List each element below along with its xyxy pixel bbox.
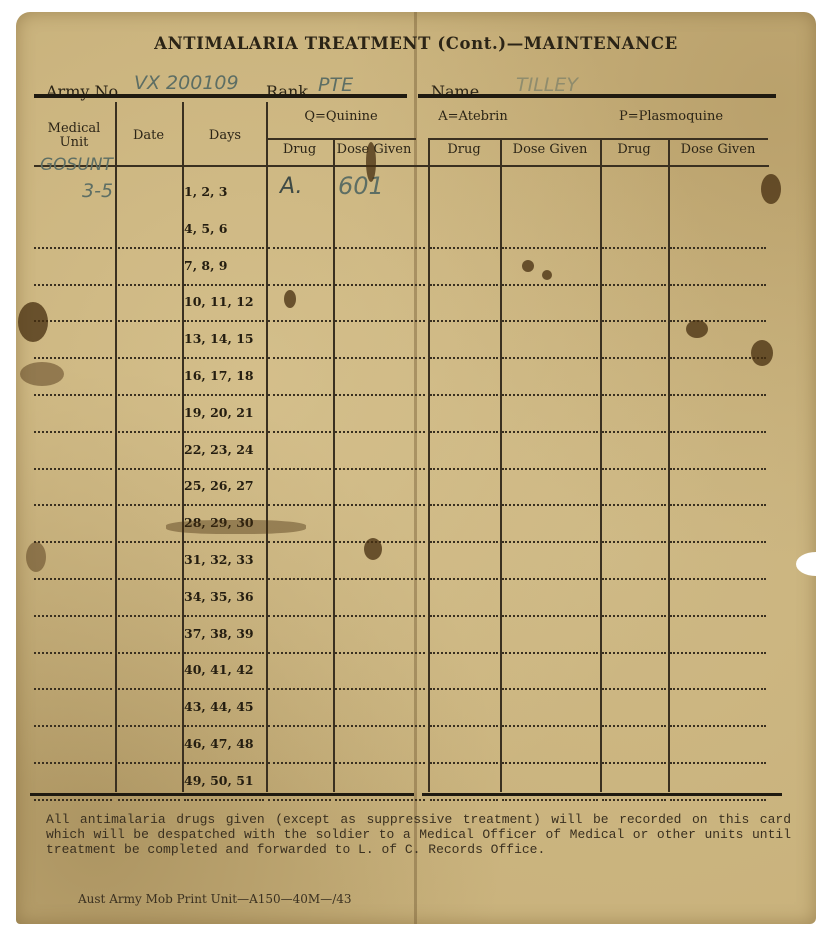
row-divider bbox=[34, 578, 112, 580]
stain bbox=[761, 174, 781, 204]
col-medical-unit: Medical Unit bbox=[34, 122, 114, 150]
row-divider bbox=[602, 762, 666, 764]
row-divider bbox=[118, 541, 180, 543]
row-divider bbox=[670, 799, 766, 801]
row-divider bbox=[34, 615, 112, 617]
day-row-label: 7, 8, 9 bbox=[184, 258, 264, 273]
row-divider bbox=[502, 541, 598, 543]
row-divider bbox=[34, 652, 112, 654]
row-divider bbox=[430, 431, 498, 433]
row-divider bbox=[502, 578, 598, 580]
day-row-label: 37, 38, 39 bbox=[184, 626, 264, 641]
row-divider bbox=[34, 504, 112, 506]
rank-value: PTE bbox=[318, 74, 353, 96]
row-divider bbox=[502, 615, 598, 617]
day-row-label: 25, 26, 27 bbox=[184, 478, 264, 493]
row-divider bbox=[34, 688, 112, 690]
row-divider bbox=[268, 725, 331, 727]
col-dose-2: Dose Given bbox=[500, 143, 600, 157]
row-divider bbox=[502, 725, 598, 727]
row-divider bbox=[34, 431, 112, 433]
row-divider bbox=[430, 688, 498, 690]
row-divider bbox=[602, 357, 666, 359]
atebrin-plasmo-subrule bbox=[428, 138, 768, 140]
row-divider bbox=[430, 652, 498, 654]
row-divider bbox=[118, 652, 180, 654]
rank-label: Rank bbox=[266, 82, 308, 101]
col-drug-3: Drug bbox=[600, 143, 668, 157]
row-divider bbox=[335, 468, 425, 470]
row-divider bbox=[430, 357, 498, 359]
day-row-label: 34, 35, 36 bbox=[184, 589, 264, 604]
row-divider bbox=[335, 652, 425, 654]
stain bbox=[364, 538, 382, 560]
row-divider bbox=[34, 394, 112, 396]
row-divider bbox=[602, 394, 666, 396]
row-divider bbox=[430, 320, 498, 322]
row-divider bbox=[34, 284, 112, 286]
row-divider bbox=[34, 725, 112, 727]
header-rule-left bbox=[34, 94, 407, 98]
row-divider bbox=[118, 247, 180, 249]
row-divider bbox=[184, 394, 264, 396]
row-divider bbox=[502, 431, 598, 433]
atebrin-legend: A=Atebrin bbox=[428, 110, 518, 124]
row-divider bbox=[118, 725, 180, 727]
col-divider bbox=[600, 138, 602, 792]
col-dose-3: Dose Given bbox=[668, 143, 768, 157]
row-divider bbox=[670, 394, 766, 396]
antimalaria-treatment-card: ANTIMALARIA TREATMENT (Cont.)—MAINTENANC… bbox=[16, 12, 816, 924]
row-divider bbox=[335, 615, 425, 617]
day-row-label: 22, 23, 24 bbox=[184, 442, 264, 457]
row-divider bbox=[184, 725, 264, 727]
row-divider bbox=[268, 578, 331, 580]
row-divider bbox=[268, 541, 331, 543]
row-divider bbox=[184, 541, 264, 543]
col-divider bbox=[333, 138, 335, 792]
row-divider bbox=[118, 320, 180, 322]
row-divider bbox=[430, 762, 498, 764]
row-divider bbox=[430, 799, 498, 801]
row-divider bbox=[118, 688, 180, 690]
row-divider bbox=[502, 688, 598, 690]
day-row-label: 1, 2, 3 bbox=[184, 184, 264, 199]
row-divider bbox=[335, 799, 425, 801]
row-divider bbox=[268, 284, 331, 286]
row-divider bbox=[118, 468, 180, 470]
row-divider bbox=[430, 615, 498, 617]
row-divider bbox=[118, 615, 180, 617]
row-divider bbox=[268, 799, 331, 801]
row-divider bbox=[118, 431, 180, 433]
row-divider bbox=[335, 320, 425, 322]
entry-date: 3-5 bbox=[82, 180, 113, 202]
row-divider bbox=[118, 394, 180, 396]
row-divider bbox=[335, 394, 425, 396]
col-divider bbox=[115, 102, 117, 792]
row-divider bbox=[184, 652, 264, 654]
row-divider bbox=[670, 578, 766, 580]
row-divider bbox=[268, 762, 331, 764]
row-divider bbox=[602, 468, 666, 470]
col-days: Days bbox=[184, 129, 266, 143]
row-divider bbox=[602, 504, 666, 506]
row-divider bbox=[34, 762, 112, 764]
day-row-label: 10, 11, 12 bbox=[184, 294, 264, 309]
row-divider bbox=[602, 541, 666, 543]
day-row-label: 49, 50, 51 bbox=[184, 773, 264, 788]
row-divider bbox=[430, 468, 498, 470]
row-divider bbox=[118, 284, 180, 286]
col-drug-1: Drug bbox=[266, 143, 333, 157]
row-divider bbox=[335, 431, 425, 433]
day-row-label: 13, 14, 15 bbox=[184, 331, 264, 346]
row-divider bbox=[268, 247, 331, 249]
name-label: Name bbox=[431, 82, 479, 101]
row-divider bbox=[502, 394, 598, 396]
day-row-label: 16, 17, 18 bbox=[184, 368, 264, 383]
row-divider bbox=[34, 247, 112, 249]
row-divider bbox=[430, 725, 498, 727]
day-row-label: 40, 41, 42 bbox=[184, 662, 264, 677]
row-divider bbox=[502, 504, 598, 506]
row-divider bbox=[430, 284, 498, 286]
row-divider bbox=[268, 431, 331, 433]
row-divider bbox=[502, 652, 598, 654]
quinine-legend: Q=Quinine bbox=[266, 110, 416, 124]
entry-dose: 601 bbox=[338, 172, 384, 200]
stain bbox=[522, 260, 534, 272]
row-divider bbox=[602, 615, 666, 617]
row-divider bbox=[502, 468, 598, 470]
row-divider bbox=[430, 504, 498, 506]
row-divider bbox=[268, 468, 331, 470]
card-title: ANTIMALARIA TREATMENT (Cont.)—MAINTENANC… bbox=[16, 34, 816, 53]
row-divider bbox=[335, 247, 425, 249]
col-divider bbox=[668, 138, 670, 792]
row-divider bbox=[335, 762, 425, 764]
stain bbox=[166, 520, 306, 534]
row-divider bbox=[268, 357, 331, 359]
row-divider bbox=[335, 504, 425, 506]
torn-edge bbox=[796, 552, 833, 576]
footer-rule-left bbox=[30, 793, 414, 796]
row-divider bbox=[670, 688, 766, 690]
row-divider bbox=[335, 357, 425, 359]
row-divider bbox=[670, 762, 766, 764]
printer-imprint: Aust Army Mob Print Unit—A150—40M—/43 bbox=[78, 892, 352, 906]
row-divider bbox=[670, 284, 766, 286]
row-divider bbox=[34, 541, 112, 543]
row-divider bbox=[268, 688, 331, 690]
row-divider bbox=[430, 578, 498, 580]
row-divider bbox=[502, 762, 598, 764]
row-divider bbox=[670, 468, 766, 470]
plasmoquine-legend: P=Plasmoquine bbox=[596, 110, 746, 124]
footer-rule-right bbox=[422, 793, 782, 796]
row-divider bbox=[502, 247, 598, 249]
army-no-value: VX 200109 bbox=[134, 72, 239, 94]
row-divider bbox=[602, 688, 666, 690]
row-divider bbox=[602, 799, 666, 801]
row-divider bbox=[670, 541, 766, 543]
row-divider bbox=[118, 799, 180, 801]
row-divider bbox=[602, 652, 666, 654]
row-divider bbox=[502, 284, 598, 286]
row-divider bbox=[268, 615, 331, 617]
quinine-subrule bbox=[266, 138, 416, 140]
col-divider bbox=[500, 138, 502, 792]
row-divider bbox=[670, 320, 766, 322]
row-divider bbox=[184, 247, 264, 249]
row-divider bbox=[502, 320, 598, 322]
header-rule-right bbox=[418, 94, 776, 98]
row-divider bbox=[670, 615, 766, 617]
day-row-label: 43, 44, 45 bbox=[184, 699, 264, 714]
row-divider bbox=[184, 762, 264, 764]
row-divider bbox=[118, 504, 180, 506]
row-divider bbox=[670, 652, 766, 654]
row-divider bbox=[430, 247, 498, 249]
day-row-label: 46, 47, 48 bbox=[184, 736, 264, 751]
day-row-label: 4, 5, 6 bbox=[184, 221, 264, 236]
col-date: Date bbox=[116, 129, 181, 143]
row-divider bbox=[118, 762, 180, 764]
stain bbox=[542, 270, 552, 280]
row-divider bbox=[184, 799, 264, 801]
stain bbox=[20, 362, 64, 386]
row-divider bbox=[184, 284, 264, 286]
row-divider bbox=[602, 431, 666, 433]
row-divider bbox=[335, 284, 425, 286]
row-divider bbox=[335, 578, 425, 580]
day-row-label: 19, 20, 21 bbox=[184, 405, 264, 420]
row-divider bbox=[335, 688, 425, 690]
row-divider bbox=[268, 652, 331, 654]
row-divider bbox=[184, 468, 264, 470]
col-drug-2: Drug bbox=[428, 143, 500, 157]
row-divider bbox=[34, 357, 112, 359]
row-divider bbox=[34, 799, 112, 801]
row-divider bbox=[670, 247, 766, 249]
row-divider bbox=[34, 468, 112, 470]
stain bbox=[751, 340, 773, 366]
row-divider bbox=[268, 394, 331, 396]
row-divider bbox=[430, 541, 498, 543]
row-divider bbox=[670, 504, 766, 506]
stain bbox=[284, 290, 296, 308]
stain bbox=[686, 320, 708, 338]
stain bbox=[18, 302, 48, 342]
stain bbox=[26, 542, 46, 572]
row-divider bbox=[670, 431, 766, 433]
row-divider bbox=[670, 725, 766, 727]
row-divider bbox=[184, 578, 264, 580]
entry-drug: A. bbox=[280, 174, 302, 199]
row-divider bbox=[184, 320, 264, 322]
army-no-label: Army No. bbox=[46, 82, 123, 101]
row-divider bbox=[118, 578, 180, 580]
row-divider bbox=[602, 284, 666, 286]
row-divider bbox=[335, 725, 425, 727]
row-divider bbox=[184, 688, 264, 690]
row-divider bbox=[502, 799, 598, 801]
row-divider bbox=[602, 578, 666, 580]
row-divider bbox=[118, 357, 180, 359]
row-divider bbox=[268, 320, 331, 322]
row-divider bbox=[602, 320, 666, 322]
stain bbox=[366, 142, 376, 182]
col-divider bbox=[428, 138, 430, 792]
instructions-note: All antimalaria drugs given (except as s… bbox=[46, 812, 791, 857]
row-divider bbox=[502, 357, 598, 359]
row-divider bbox=[184, 504, 264, 506]
name-value: TILLEY bbox=[516, 74, 578, 96]
row-divider bbox=[184, 615, 264, 617]
row-divider bbox=[430, 394, 498, 396]
row-divider bbox=[602, 247, 666, 249]
row-divider bbox=[268, 504, 331, 506]
row-divider bbox=[184, 431, 264, 433]
header-bottom-rule bbox=[34, 165, 769, 167]
entry-medical-unit: GOSUNT bbox=[40, 155, 113, 175]
day-row-label: 31, 32, 33 bbox=[184, 552, 264, 567]
row-divider bbox=[184, 357, 264, 359]
row-divider bbox=[602, 725, 666, 727]
